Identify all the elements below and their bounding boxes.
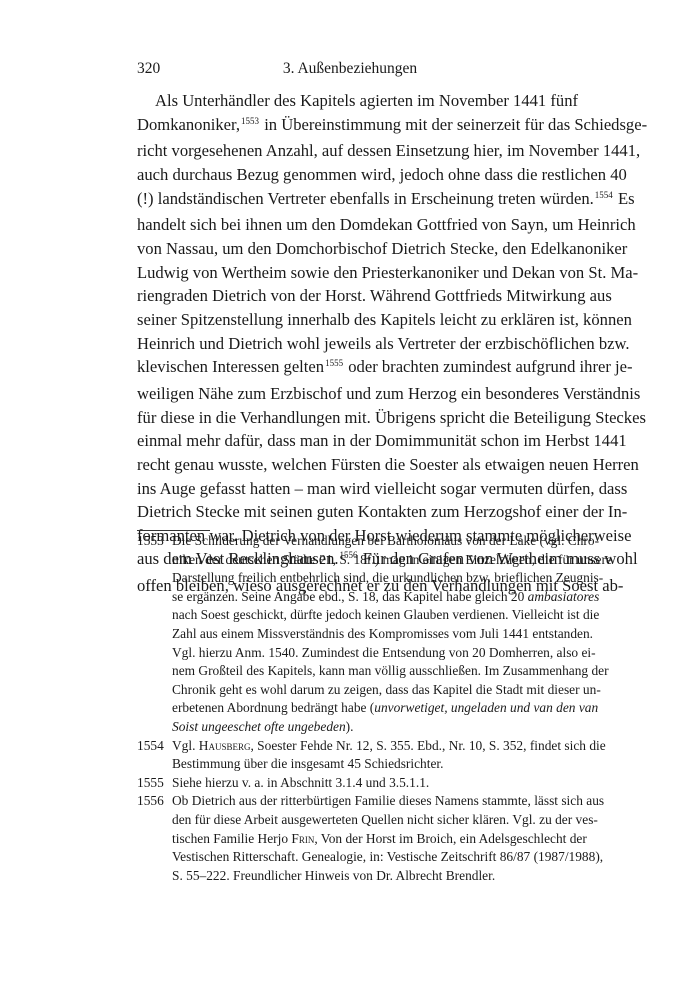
- footnote-separator: [137, 530, 210, 531]
- footnote-1556: 1556 Ob Dietrich aus der ritterbürtigen …: [137, 792, 563, 885]
- body-line: von Nassau, um den Domchorbischof Dietri…: [137, 237, 563, 261]
- footnote-line: Die Schilderung der Verhandlungen bei Ba…: [172, 532, 563, 551]
- running-head: 320 3. Außenbeziehungen: [137, 58, 563, 80]
- body-line: Heinrich und Dietrich wohl jeweils als V…: [137, 332, 563, 356]
- footnote-ref[interactable]: 1553: [241, 116, 259, 126]
- footnote-line: S. 55–222. Freundlicher Hinweis von Dr. …: [172, 867, 563, 886]
- footnote-1555: 1555 Siehe hierzu v. a. in Abschnitt 3.1…: [137, 774, 563, 793]
- footnote-number: 1553: [137, 532, 164, 551]
- body-line: recht genau wusste, welchen Fürsten die …: [137, 453, 563, 477]
- footnote-line: Zahl aus einem Missverständnis des Kompr…: [172, 625, 563, 644]
- footnote-line: Vestischen Ritterschaft. Genealogie, in:…: [172, 848, 563, 867]
- body-line: Dietrich Stecke mit seinen guten Kontakt…: [137, 500, 563, 524]
- body-line: ins Auge gefasst hatten – man wird viell…: [137, 477, 563, 501]
- footnote-1554: 1554 Vgl. Hausberg, Soester Fehde Nr. 12…: [137, 737, 563, 774]
- footnotes: 1553 Die Schilderung der Verhandlungen b…: [137, 532, 563, 885]
- body-line: weiligen Nähe zum Erzbischof und zum Her…: [137, 382, 563, 406]
- body-line: klevischen Interessen gelten1555 oder br…: [137, 355, 563, 382]
- footnote-line: Ob Dietrich aus der ritterbürtigen Famil…: [172, 792, 563, 811]
- body-text: Als Unterhändler des Kapitels agierten i…: [137, 89, 563, 598]
- chapter-title: 3. Außenbeziehungen: [137, 58, 563, 80]
- body-line: auch durchaus Bezug genommen wird, jedoc…: [137, 163, 563, 187]
- body-line: (!) landständischen Vertreter ebenfalls …: [137, 187, 563, 214]
- footnote-line: nach Soest geschickt, dürfte jedoch kein…: [172, 606, 563, 625]
- footnote-line: erbetenen Abordnung bedrängt habe (unvor…: [172, 699, 563, 718]
- body-line: seiner Spitzenstellung innerhalb des Kap…: [137, 308, 563, 332]
- footnote-number: 1554: [137, 737, 164, 756]
- footnote-1553: 1553 Die Schilderung der Verhandlungen b…: [137, 532, 563, 737]
- book-page: 320 3. Außenbeziehungen Als Unterhändler…: [0, 0, 700, 988]
- footnote-line: Soist ungeeschet ofte ungebeden).: [172, 718, 563, 737]
- footnote-line: Chronik geht es wohl darum zu zeigen, da…: [172, 681, 563, 700]
- footnote-ref[interactable]: 1555: [325, 358, 343, 368]
- footnote-line: Vgl. Hausberg, Soester Fehde Nr. 12, S. …: [172, 737, 563, 756]
- footnote-line: Vgl. hierzu Anm. 1540. Zumindest die Ent…: [172, 644, 563, 663]
- footnote-line: tischen Familie Herjo Frin, Von der Hors…: [172, 830, 563, 849]
- footnote-line: nem Großteil des Kapitels, kann man völl…: [172, 662, 563, 681]
- body-line: für diese in die Verhandlungen mit. Übri…: [137, 406, 563, 430]
- footnote-line: Darstellung freilich entbehrlich sind, d…: [172, 569, 563, 588]
- footnote-line: den für diese Arbeit ausgewerteten Quell…: [172, 811, 563, 830]
- body-line: Als Unterhändler des Kapitels agierten i…: [137, 89, 563, 113]
- footnote-line: niken der deutschen Städte 21, S. 18f.) …: [172, 551, 563, 570]
- footnote-ref[interactable]: 1554: [595, 190, 613, 200]
- footnote-line: Siehe hierzu v. a. in Abschnitt 3.1.4 un…: [172, 774, 563, 793]
- footnote-line: se ergänzen. Seine Angabe ebd., S. 18, d…: [172, 588, 563, 607]
- body-line: einmal mehr dafür, dass man in der Domim…: [137, 429, 563, 453]
- body-line: richt vorgesehenen Anzahl, auf dessen Ei…: [137, 139, 563, 163]
- footnote-number: 1555: [137, 774, 164, 793]
- body-line: handelt sich bei ihnen um den Domdekan G…: [137, 213, 563, 237]
- footnote-number: 1556: [137, 792, 164, 811]
- body-line: Ludwig von Wertheim sowie den Priesterka…: [137, 261, 563, 285]
- body-line: riengraden Dietrich von der Horst. Währe…: [137, 284, 563, 308]
- body-line: Domkanoniker,1553 in Übereinstimmung mit…: [137, 113, 563, 140]
- footnote-line: Bestimmung über die insgesamt 45 Schieds…: [172, 755, 563, 774]
